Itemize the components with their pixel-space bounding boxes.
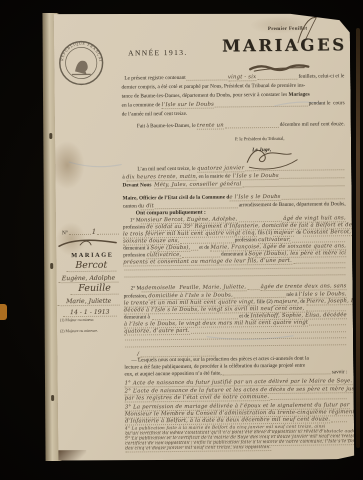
handwritten-text: quatorze, d’autre part.	[124, 328, 190, 336]
printed-text: 1° M	[130, 217, 141, 223]
handwritten-text: quatorze janvier	[197, 165, 244, 173]
printed-text: Ont comparu publiquement :	[136, 210, 206, 217]
dotted-leader	[280, 176, 345, 179]
dotted-leader	[257, 78, 297, 80]
dotted-leader	[191, 330, 346, 334]
act-line: Le Juge,	[252, 146, 345, 153]
printed-text: , en la mairie d	[196, 173, 228, 179]
printed-text: décembre mil neuf cent douze.	[280, 121, 345, 128]
dotted-leader	[192, 249, 199, 251]
handwritten-text: âgée de trente deux ans, sans	[261, 283, 347, 291]
printed-text: profession	[123, 224, 146, 230]
dotted-leader	[187, 79, 227, 81]
dotted-leader	[215, 105, 308, 108]
handwritten-text: vingt - six	[228, 74, 256, 81]
printed-text: 2° M	[131, 285, 142, 291]
handwritten-text: ademoiselle Feuille, Marie, Juliette,	[141, 284, 246, 292]
printed-text: , de	[297, 299, 306, 305]
printed-text: fils (1)	[257, 230, 274, 236]
printed-text: née à	[286, 292, 298, 298]
book-edge	[356, 28, 360, 448]
printed-text: et de	[199, 245, 211, 251]
scanned-register-page: Premier Feuillet ANNÉE 1913. MARIAGES RÉ…	[0, 0, 363, 480]
binding-stitch	[50, 263, 53, 269]
printed-text: profession	[123, 252, 146, 258]
printed-text: demeurant à	[221, 251, 248, 257]
printed-text: L’an mil neuf cent treize, le	[137, 166, 197, 173]
dotted-leader	[247, 288, 259, 290]
printed-text: fille (2)	[255, 299, 274, 305]
handwritten-text: e l’Isle s le Doubs	[229, 194, 280, 202]
dotted-leader	[223, 372, 331, 375]
printed-text: et de	[239, 313, 251, 319]
printed-text: feuillets, celui-ci et le	[298, 73, 344, 80]
orange-tab-mark	[0, 304, 7, 320]
handwritten-text: trente un	[197, 122, 224, 129]
handwritten-text: l’Isle sur le Doubs	[162, 102, 214, 110]
printed-text: de	[294, 230, 303, 236]
handwritten-text: Méty, Jules, conseiller général	[154, 181, 241, 189]
binding-stitch	[51, 395, 54, 401]
dotted-leader	[270, 397, 346, 400]
register-paper: Premier Feuillet ANNÉE 1913. MARIAGES RÉ…	[54, 9, 355, 462]
dotted-leader	[331, 420, 347, 422]
handwritten-text: e l’Isle s le Doubs	[228, 173, 279, 181]
dotted-leader	[293, 261, 345, 264]
printed-text: profession	[235, 237, 258, 243]
handwritten-text: par les registres de l’état civil de not…	[125, 394, 270, 403]
printed-text: canton d	[123, 203, 141, 209]
printed-text: Maire, Officier de l’Etat civil de la Co…	[123, 194, 230, 201]
printed-text: demeurant à	[123, 245, 150, 251]
dotted-leader	[282, 197, 345, 200]
printed-text: Le Juge,	[252, 147, 271, 153]
dotted-leader	[225, 126, 279, 129]
printed-text: Devant Nous	[122, 182, 154, 188]
printed-text: profession,	[124, 293, 149, 299]
dotted-leader	[242, 184, 344, 187]
printed-text: demeurant à	[124, 314, 151, 320]
printed-text: savoir :	[332, 369, 348, 375]
printed-text: en la commune de	[122, 102, 162, 108]
handwritten-text: dix heures trente, matin	[126, 174, 196, 182]
printed-text: Fait à Baume-les-Dames, le	[137, 123, 197, 130]
printed-text: P. le Président du Tribunal,	[235, 136, 285, 142]
dotted-leader	[245, 168, 344, 171]
binding-stitch	[49, 133, 52, 139]
printed-text: Mariages	[288, 92, 309, 98]
printed-text: arrondissement de Baume, département du …	[239, 201, 346, 208]
printed-text: Le présent registre contenant	[124, 75, 185, 82]
printed-text: pendant le cours	[309, 100, 345, 106]
printed-text: de l’année mil neuf cent treize.	[122, 111, 188, 118]
printed-text: eux, et auquel aucune opposition n’a été…	[124, 371, 221, 378]
